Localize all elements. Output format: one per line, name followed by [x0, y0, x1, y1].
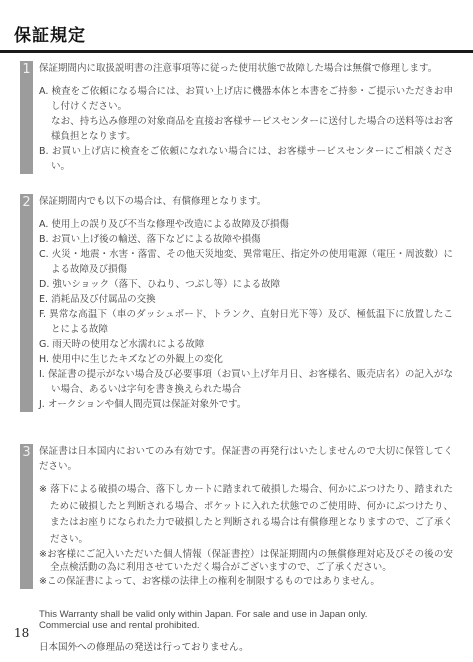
item-text: 雨天時の使用など水濡れによる故障 [52, 339, 204, 350]
item-label: F. [39, 309, 46, 320]
note-label: ※ [39, 549, 47, 560]
note-text: この保証書によって、お客様の法律上の権利を制限するものではありません。 [47, 576, 380, 587]
list-item: I. 保証書の提示がない場合及び必要事項（お買い上げ年月日、お客様名、販売店名）… [39, 367, 453, 397]
footer-english-line1: This Warranty shall be valid only within… [39, 609, 459, 620]
warranty-section-2: 2 保証期間内でも以下の場合は、有償修理となります。 A. 使用上の誤り及び不当… [20, 194, 459, 412]
item-label: G. [39, 339, 49, 350]
item-label: B. [39, 234, 49, 245]
section-number: 3 [22, 445, 30, 460]
item-label: J. [39, 399, 45, 410]
footer-block: This Warranty shall be valid only within… [39, 609, 459, 654]
list-item: A. 検査をご依頼になる場合には、お買い上げ店に機器本体と本書をご持参・ご提示い… [39, 84, 453, 114]
item-label: I. [39, 369, 45, 380]
warranty-section-3: 3 保証書は日本国内においてのみ有効です。保証書の再発行はいたしませんので大切に… [20, 444, 459, 589]
item-text: オークションや個人間売買は保証対象外です。 [48, 399, 247, 410]
section-content: 保証書は日本国内においてのみ有効です。保証書の再発行はいたしませんので大切に保管… [33, 444, 453, 589]
list-item: D. 強いショック（落下、ひねり、つぶし等）による故障 [39, 277, 453, 292]
note-label: ※ [39, 576, 47, 587]
item-text: 火災・地震・水害・落雷、その他天災地変、異常電圧、指定外の使用電源（電圧・周波数… [51, 249, 453, 275]
item-text: 強いショック（落下、ひねり、つぶし等）による故障 [52, 279, 280, 290]
section-intro: 保証期間内でも以下の場合は、有償修理となります。 [39, 194, 453, 209]
item-text: 異常な高温下（車のダッシュボード、トランク、直射日光下等）及び、極低温下に放置し… [49, 309, 453, 335]
warranty-section-1: 1 保証期間内に取扱説明書の注意事項等に従った使用状態で故障した場合は無償で修理… [20, 61, 459, 174]
asterisk-note: ※お客様にご記入いただいた個人情報（保証書控）は保証期間内の無償修理対応及びその… [39, 548, 453, 574]
asterisk-note: ※ 落下による破損の場合、落下しカートに踏まれて破損した場合、何かにぶつけたり、… [39, 482, 453, 548]
item-label: C. [39, 249, 49, 260]
section-number: 2 [22, 195, 30, 210]
list-item: F. 異常な高温下（車のダッシュボード、トランク、直射日光下等）及び、極低温下に… [39, 307, 453, 337]
section-number-bar: 2 [20, 194, 33, 412]
section-number-bar: 1 [20, 61, 33, 174]
list-item: B. お買い上げ後の輸送、落下などによる故障や損傷 [39, 232, 453, 247]
item-label: H. [39, 354, 49, 365]
note-text: 落下による破損の場合、落下しカートに踏まれて破損した場合、何かにぶつけたり、踏ま… [50, 484, 453, 545]
item-label: D. [39, 279, 49, 290]
section-number-bar: 3 [20, 444, 33, 589]
item-text: 消耗品及び付属品の交換 [51, 294, 156, 305]
footer-english-line2: Commercial use and rental prohibited. [39, 620, 459, 631]
list-item: A. 使用上の誤り及び不当な修理や改造による故障及び損傷 [39, 217, 453, 232]
section-number: 1 [22, 62, 30, 77]
item-text: お買い上げ後の輸送、落下などによる故障や損傷 [52, 234, 261, 245]
item-text: なお、持ち込み修理の対象商品を直接お客様サービスセンターに送付した場合の送料等は… [51, 116, 453, 142]
item-label: E. [39, 294, 48, 305]
item-label: B. [39, 146, 49, 157]
asterisk-note: ※この保証書によって、お客様の法律上の権利を制限するものではありません。 [39, 574, 453, 589]
title-underline-rule [0, 50, 473, 53]
list-item: B. お買い上げ店に検査をご依頼になれない場合には、お客様サービスセンターにご相… [39, 144, 453, 174]
list-item: J. オークションや個人間売買は保証対象外です。 [39, 397, 453, 412]
note-label: ※ [39, 484, 47, 495]
page-number: 18 [14, 626, 29, 640]
item-label: A. [39, 219, 48, 230]
list-item: G. 雨天時の使用など水濡れによる故障 [39, 337, 453, 352]
item-text: 使用上の誤り及び不当な修理や改造による故障及び損傷 [51, 219, 289, 230]
list-item: E. 消耗品及び付属品の交換 [39, 292, 453, 307]
section-intro: 保証書は日本国内においてのみ有効です。保証書の再発行はいたしませんので大切に保管… [39, 444, 453, 474]
footer-japanese-note: 日本国外への修理品の発送は行っておりません。 [39, 641, 459, 654]
page-title: 保証規定 [14, 26, 473, 46]
warranty-document-page: 保証規定 1 保証期間内に取扱説明書の注意事項等に従った使用状態で故障した場合は… [0, 0, 473, 662]
item-label: A. [39, 86, 48, 97]
section-intro: 保証期間内に取扱説明書の注意事項等に従った使用状態で故障した場合は無償で修理しま… [39, 61, 453, 76]
list-item-continuation: なお、持ち込み修理の対象商品を直接お客様サービスセンターに送付した場合の送料等は… [39, 114, 453, 144]
item-text: 使用中に生じたキズなどの外観上の変化 [52, 354, 223, 365]
note-text: お客様にご記入いただいた個人情報（保証書控）は保証期間内の無償修理対応及びその後… [47, 549, 453, 573]
section-content: 保証期間内でも以下の場合は、有償修理となります。 A. 使用上の誤り及び不当な修… [33, 194, 453, 412]
item-text: 保証書の提示がない場合及び必要事項（お買い上げ年月日、お客様名、販売店名）の記入… [48, 369, 453, 395]
list-item: H. 使用中に生じたキズなどの外観上の変化 [39, 352, 453, 367]
item-text: 検査をご依頼になる場合には、お買い上げ店に機器本体と本書をご持参・ご提示いただき… [51, 86, 453, 112]
list-item: C. 火災・地震・水害・落雷、その他天災地変、異常電圧、指定外の使用電源（電圧・… [39, 247, 453, 277]
item-text: お買い上げ店に検査をご依頼になれない場合には、お客様サービスセンターにご相談くだ… [51, 146, 453, 172]
section-content: 保証期間内に取扱説明書の注意事項等に従った使用状態で故障した場合は無償で修理しま… [33, 61, 453, 174]
